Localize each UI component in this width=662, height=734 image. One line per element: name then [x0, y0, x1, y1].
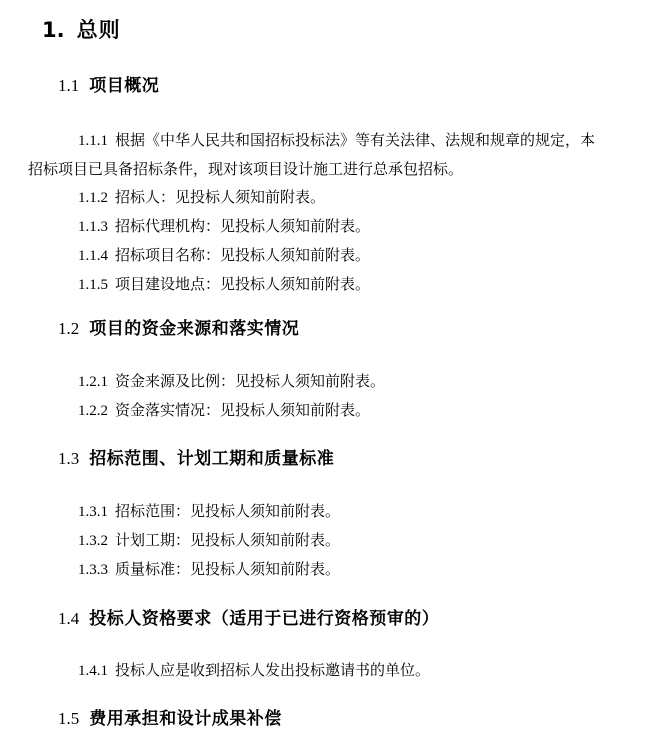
section-heading-text: 投标人资格要求（适用于已进行资格预审的） [89, 609, 439, 629]
section-1-3: 1.3招标范围、计划工期和质量标准 1.3.1招标范围：见投标人须知前附表。 1… [0, 448, 662, 584]
section-heading-1-3: 1.3招标范围、计划工期和质量标准 [58, 448, 662, 470]
doc-paragraph-1-1-1: 1.1.1根据《中华人民共和国招标投标法》等有关法律、法规和规章的规定，本招标项… [28, 126, 608, 183]
paragraph-number: 1.1.2 [78, 190, 108, 206]
section-1-2-items: 1.2.1资金来源及比例：见投标人须知前附表。 1.2.2资金落实情况：见投标人… [28, 367, 608, 425]
section-heading-number: 1.1 [58, 76, 79, 95]
paragraph-text: 招标人：见投标人须知前附表。 [115, 188, 325, 206]
paragraph-number: 1.3.2 [78, 533, 108, 549]
paragraph-number: 1.2.2 [78, 403, 108, 419]
section-heading-1-4: 1.4投标人资格要求（适用于已进行资格预审的） [58, 608, 662, 630]
doc-paragraph-1-3-2: 1.3.2计划工期：见投标人须知前附表。 [28, 526, 608, 555]
section-heading-text: 项目的资金来源和落实情况 [89, 319, 299, 339]
doc-paragraph-1-3-1: 1.3.1招标范围：见投标人须知前附表。 [28, 497, 608, 526]
doc-paragraph-1-3-3: 1.3.3质量标准：见投标人须知前附表。 [28, 555, 608, 584]
paragraph-text: 招标范围：见投标人须知前附表。 [115, 502, 340, 520]
doc-paragraph-1-1-4: 1.1.4招标项目名称：见投标人须知前附表。 [28, 241, 608, 270]
section-heading-text: 招标范围、计划工期和质量标准 [89, 449, 334, 469]
section-heading-1-1: 1.1项目概况 [58, 75, 662, 97]
section-heading-number: 1.2 [58, 319, 79, 338]
doc-title-number: 1. [42, 18, 65, 42]
paragraph-number: 1.4.1 [78, 663, 108, 679]
paragraph-number: 1.3.1 [78, 504, 108, 520]
section-heading-number: 1.3 [58, 449, 79, 468]
doc-paragraph-1-1-5: 1.1.5项目建设地点：见投标人须知前附表。 [28, 270, 608, 299]
doc-title-text: 总则 [77, 18, 121, 42]
paragraph-text: 资金落实情况：见投标人须知前附表。 [115, 401, 370, 419]
paragraph-number: 1.3.3 [78, 562, 108, 578]
paragraph-text: 计划工期：见投标人须知前附表。 [115, 531, 340, 549]
paragraph-number: 1.2.1 [78, 374, 108, 390]
section-1-1: 1.1项目概况 1.1.1根据《中华人民共和国招标投标法》等有关法律、法规和规章… [0, 75, 662, 299]
paragraph-number: 1.1.5 [78, 277, 108, 293]
section-1-2: 1.2项目的资金来源和落实情况 1.2.1资金来源及比例：见投标人须知前附表。 … [0, 318, 662, 425]
section-heading-text: 费用承担和设计成果补偿 [89, 709, 282, 729]
document-page: 1.总则 1.1项目概况 1.1.1根据《中华人民共和国招标投标法》等有关法律、… [0, 0, 662, 734]
section-1-4-items: 1.4.1投标人应是收到招标人发出投标邀请书的单位。 [28, 656, 608, 685]
doc-paragraph-1-2-1: 1.2.1资金来源及比例：见投标人须知前附表。 [28, 367, 608, 396]
paragraph-text: 投标人应是收到招标人发出投标邀请书的单位。 [115, 661, 430, 679]
doc-paragraph-1-2-2: 1.2.2资金落实情况：见投标人须知前附表。 [28, 396, 608, 425]
paragraph-text: 招标项目名称：见投标人须知前附表。 [115, 246, 370, 264]
section-1-5: 1.5费用承担和设计成果补偿 [0, 708, 662, 730]
doc-paragraph-1-1-3: 1.1.3招标代理机构：见投标人须知前附表。 [28, 212, 608, 241]
doc-paragraph-1-1-2: 1.1.2招标人：见投标人须知前附表。 [28, 183, 608, 212]
section-heading-number: 1.4 [58, 609, 79, 628]
paragraph-text: 项目建设地点：见投标人须知前附表。 [115, 275, 370, 293]
paragraph-number: 1.1.4 [78, 248, 108, 264]
section-heading-text: 项目概况 [89, 76, 159, 96]
section-heading-1-2: 1.2项目的资金来源和落实情况 [58, 318, 662, 340]
section-1-3-items: 1.3.1招标范围：见投标人须知前附表。 1.3.2计划工期：见投标人须知前附表… [28, 497, 608, 584]
paragraph-text: 招标代理机构：见投标人须知前附表。 [115, 217, 370, 235]
section-1-1-items: 1.1.1根据《中华人民共和国招标投标法》等有关法律、法规和规章的规定，本招标项… [28, 126, 608, 299]
section-1-4: 1.4投标人资格要求（适用于已进行资格预审的） 1.4.1投标人应是收到招标人发… [0, 608, 662, 685]
section-heading-number: 1.5 [58, 709, 79, 728]
doc-title: 1.总则 [42, 17, 662, 43]
paragraph-text: 资金来源及比例：见投标人须知前附表。 [115, 372, 385, 390]
paragraph-text: 根据《中华人民共和国招标投标法》等有关法律、法规和规章的规定，本招标项目已具备招… [28, 131, 595, 178]
paragraph-text: 质量标准：见投标人须知前附表。 [115, 560, 340, 578]
paragraph-number: 1.1.3 [78, 219, 108, 235]
doc-paragraph-1-4-1: 1.4.1投标人应是收到招标人发出投标邀请书的单位。 [28, 656, 608, 685]
section-heading-1-5: 1.5费用承担和设计成果补偿 [58, 708, 662, 730]
paragraph-number: 1.1.1 [78, 133, 108, 149]
